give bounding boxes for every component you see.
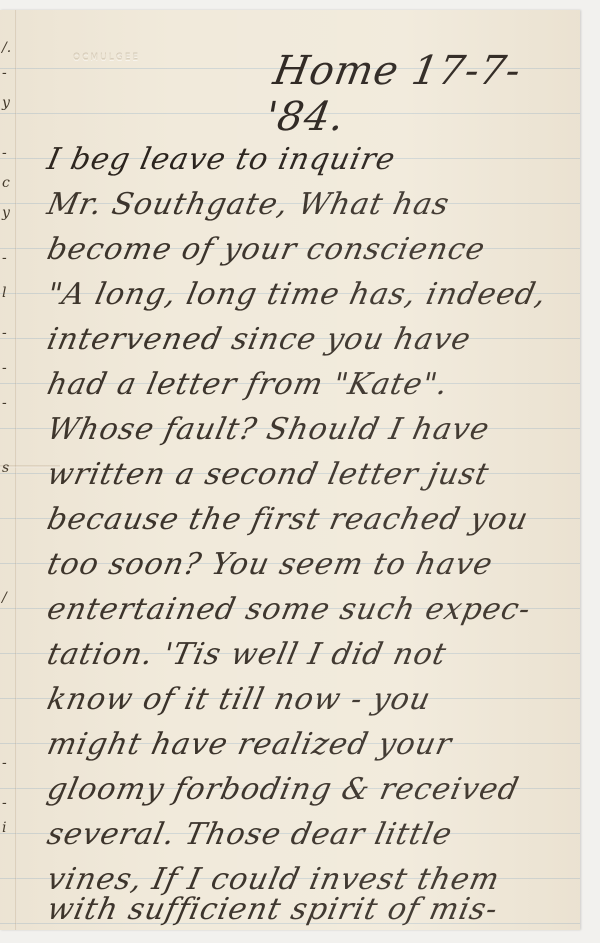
margin-mark: y (2, 205, 10, 221)
margin-mark: - (2, 325, 7, 341)
letter-line: too soon? You seem to have (44, 547, 496, 582)
facing-page-margin: /. - y - c y - l - - - s / - - i (0, 10, 16, 930)
letter-line: might have realized your (44, 727, 455, 762)
letter-line: Mr. Southgate, What has (44, 187, 453, 222)
margin-mark: - (2, 250, 7, 266)
letter-dateline: Home 17-7-'84. (262, 48, 588, 140)
letter-line: become of your conscience (44, 232, 489, 267)
margin-mark: - (2, 65, 7, 81)
margin-mark: i (2, 820, 6, 836)
margin-mark: - (2, 360, 7, 376)
margin-mark: l (2, 285, 6, 301)
letter-line: several. Those dear little (44, 817, 456, 852)
margin-mark: y (2, 95, 10, 111)
margin-mark: - (2, 795, 7, 811)
letter-line: had a letter from "Kate". (44, 367, 452, 402)
margin-mark: - (2, 395, 7, 411)
letter-line: I beg leave to inquire (44, 142, 399, 177)
embossed-stationery-stamp: OCMULGEE (73, 53, 140, 63)
letter-line: intervened since you have (44, 322, 474, 357)
letter-line: entertained some such expec- (44, 592, 534, 627)
letter-line: with sufficient spirit of mis- (44, 892, 501, 927)
margin-mark: s (2, 460, 9, 476)
letter-line: know of it till now - you (44, 682, 434, 717)
margin-mark: - (2, 755, 7, 771)
margin-mark: - (2, 145, 7, 161)
letter-page: /. - y - c y - l - - - s / - - i OCMULGE… (0, 10, 580, 930)
margin-mark: c (2, 175, 10, 191)
margin-mark: /. (2, 40, 11, 56)
letter-line: tation. 'Tis well I did not (44, 637, 450, 672)
margin-mark: / (2, 590, 7, 606)
letter-line: written a second letter just (44, 457, 492, 492)
letter-line: gloomy forboding & received (44, 772, 522, 807)
letter-line: because the first reached you (44, 502, 532, 537)
letter-line: Whose fault? Should I have (44, 412, 493, 447)
letter-line: "A long, long time has, indeed, (44, 277, 550, 312)
